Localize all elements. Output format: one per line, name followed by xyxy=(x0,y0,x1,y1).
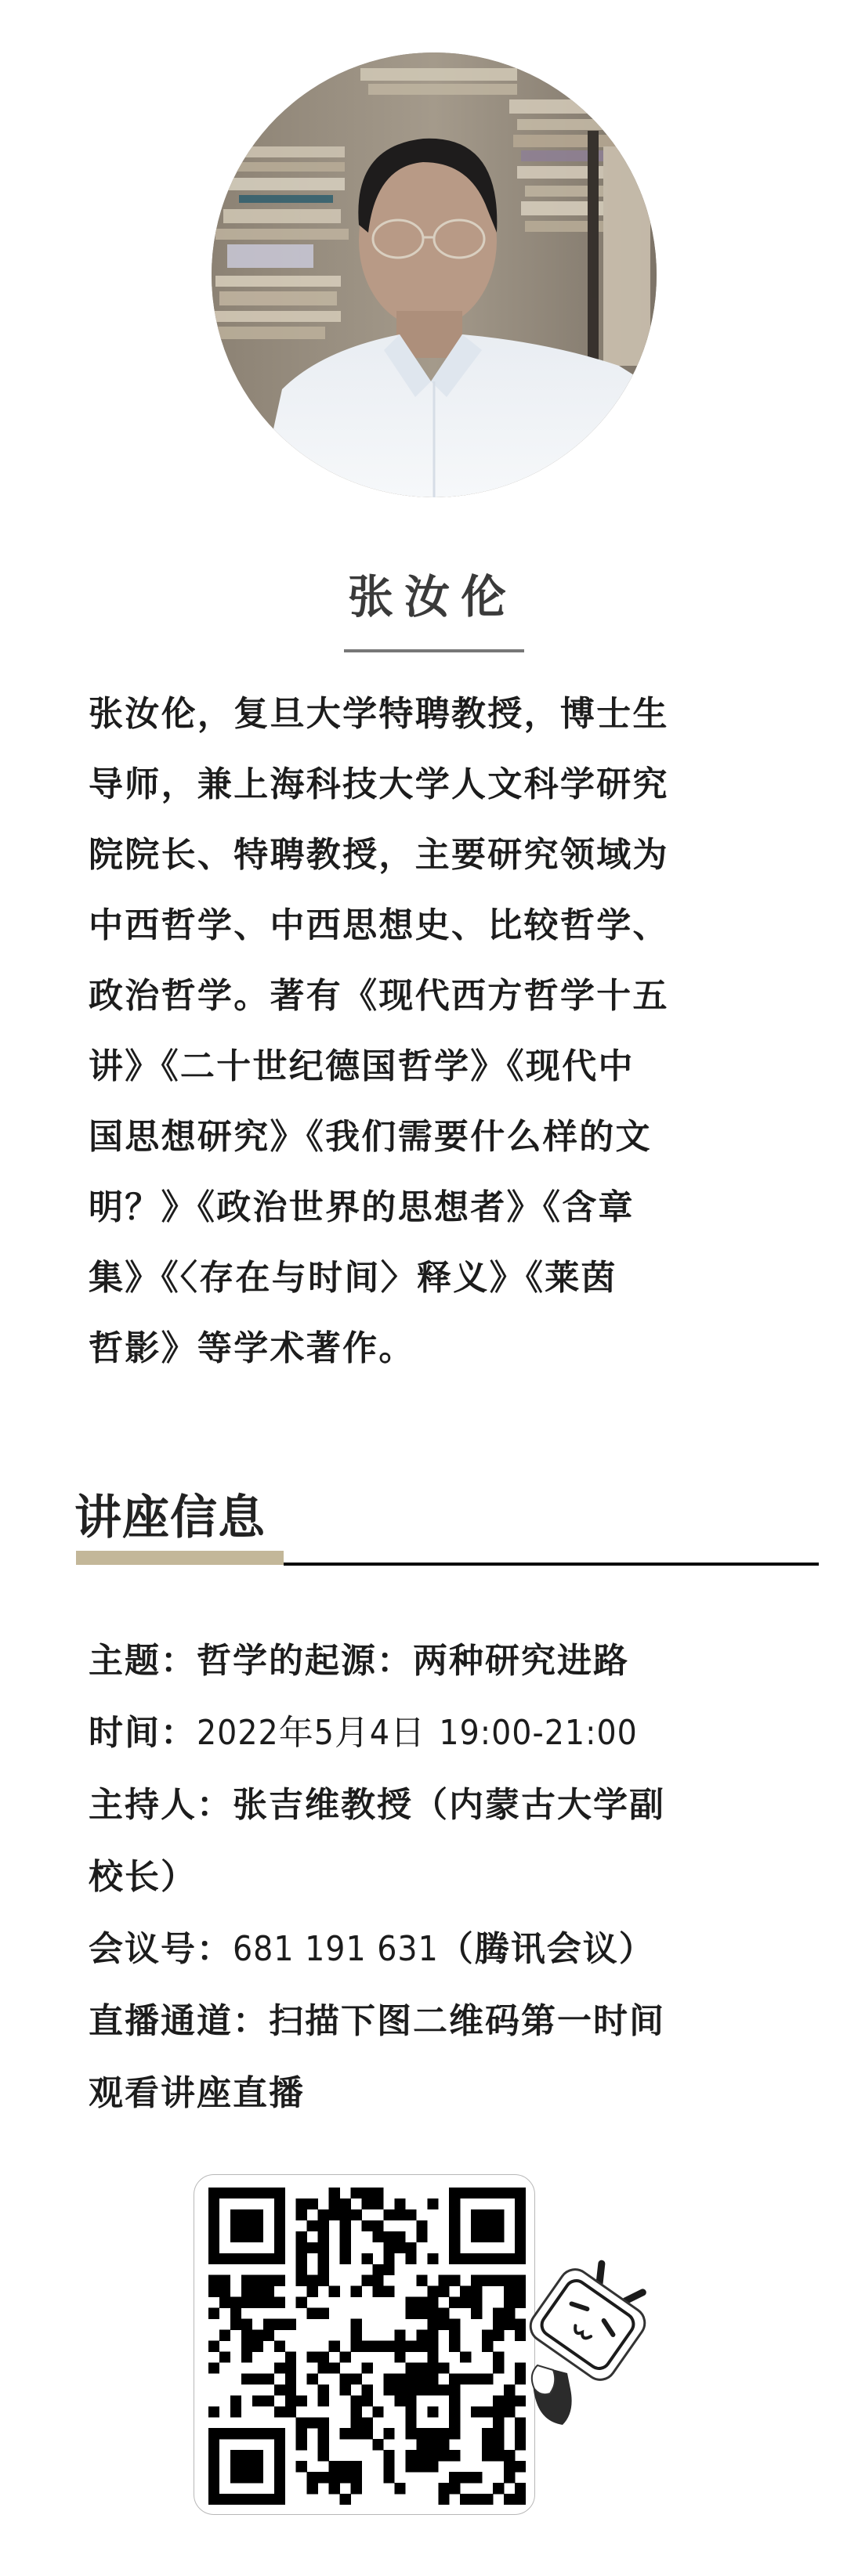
portrait-image xyxy=(212,52,657,497)
speaker-name: 张汝伦 xyxy=(0,565,865,628)
bio-line: 院院长、特聘教授，主要研究领域为 xyxy=(89,820,794,891)
stream-label: 直播通道： xyxy=(89,2001,269,2041)
topic-value: 哲学的起源：两种研究进路 xyxy=(197,1641,629,1681)
host-value-line1: 张吉维教授（内蒙古大学副 xyxy=(233,1785,665,1825)
lecture-host-row: 主持人：张吉维教授（内蒙古大学副 xyxy=(89,1769,809,1841)
host-value-line2: 校长） xyxy=(89,1857,197,1897)
qr-code-icon[interactable] xyxy=(208,2188,526,2505)
stream-value-line2: 观看讲座直播 xyxy=(89,2073,305,2113)
lecture-stream-row-cont: 观看讲座直播 xyxy=(89,2058,809,2130)
lecture-time-row: 时间：2022年5月4日 19:00-21:00 xyxy=(89,1697,809,1769)
time-date: 2022年5月4日 xyxy=(197,1713,425,1753)
stream-value-line1: 扫描下图二维码第一时间 xyxy=(269,2001,665,2041)
bio-line: 明？》《政治世界的思想者》《含章 xyxy=(89,1172,794,1243)
lecture-host-row-cont: 校长） xyxy=(89,1841,809,1913)
speaker-photo xyxy=(212,52,657,497)
bio-line: 讲》《二十世纪德国哲学》《现代中 xyxy=(89,1031,794,1102)
bio-line: 哲影》等学术著作。 xyxy=(89,1313,794,1384)
topic-label: 主题： xyxy=(89,1641,197,1681)
meeting-id[interactable]: 681 191 631 xyxy=(233,1929,439,1969)
time-label: 时间： xyxy=(89,1713,197,1753)
bio-line: 集》《〈存在与时间〉释义》《莱茵 xyxy=(89,1243,794,1313)
lecture-stream-row: 直播通道：扫描下图二维码第一时间 xyxy=(89,1985,809,2058)
meeting-label: 会议号： xyxy=(89,1929,233,1969)
bio-line: 张汝伦，复旦大学特聘教授，博士生 xyxy=(89,679,794,750)
name-underline-divider xyxy=(344,649,524,652)
bio-line: 导师，兼上海科技大学人文科学研究 xyxy=(89,750,794,820)
lecture-meeting-row: 会议号：681 191 631（腾讯会议） xyxy=(89,1913,809,1985)
bio-line: 国思想研究》《我们需要什么样的文 xyxy=(89,1102,794,1172)
section-divider-line xyxy=(284,1563,819,1566)
meeting-platform: （腾讯会议） xyxy=(439,1929,655,1969)
section-title-lecture-info: 讲座信息 xyxy=(74,1488,266,1548)
speaker-bio: 张汝伦，复旦大学特聘教授，博士生 导师，兼上海科技大学人文科学研究 院院长、特聘… xyxy=(89,679,794,1384)
bio-line: 政治哲学。著有《现代西方哲学十五 xyxy=(89,961,794,1031)
section-accent-bar xyxy=(76,1551,284,1565)
bio-line: 中西哲学、中西思想史、比较哲学、 xyxy=(89,891,794,961)
lecture-info: 主题：哲学的起源：两种研究进路 时间：2022年5月4日 19:00-21:00… xyxy=(89,1625,809,2130)
bilibili-tv-mascot-icon xyxy=(527,2240,652,2428)
qr-code-graphic xyxy=(208,2188,526,2505)
lecture-topic-row: 主题：哲学的起源：两种研究进路 xyxy=(89,1625,809,1697)
host-label: 主持人： xyxy=(89,1785,233,1825)
time-range: 19:00-21:00 xyxy=(439,1713,637,1753)
